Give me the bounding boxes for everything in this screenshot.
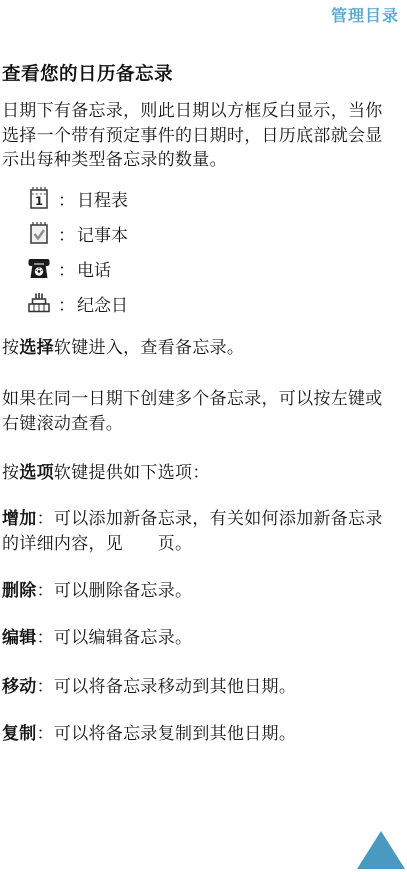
options-softkey-paragraph: 按选项软键提供如下选项： [2, 461, 404, 486]
calendar-icon: 1 [26, 186, 52, 210]
list-item-schedule: 1 ： 日程表 [26, 186, 128, 210]
svg-text:1: 1 [35, 194, 43, 208]
option-desc: 可以编辑备忘录。 [54, 628, 192, 648]
option-edit: 编辑：可以编辑备忘录。 [2, 626, 404, 651]
list-item-anniversary: ： 纪念日 [26, 291, 128, 315]
text-rest: 软键提供如下选项： [54, 463, 210, 483]
option-copy: 复制：可以将备忘录复制到其他日期。 [2, 722, 404, 747]
option-term: 移动 [2, 677, 37, 697]
cake-icon [26, 292, 52, 314]
option-term: 增加 [2, 509, 37, 529]
option-desc: 可以删除备忘录。 [54, 581, 192, 601]
separator: ： [58, 186, 75, 211]
page-title: 查看您的日历备忘录 [2, 60, 173, 86]
separator: ： [58, 291, 75, 316]
icon-label-anniversary: 纪念日 [77, 291, 128, 316]
select-softkey-paragraph: 按选择软键进入，查看备忘录。 [2, 336, 404, 361]
list-item-call: ： 电话 [26, 256, 111, 280]
page-corner-triangle-icon [357, 831, 405, 869]
manual-page: 管理目录 查看您的日历备忘录 日期下有备忘录，则此日期以方框反白显示，当你 选择… [0, 0, 407, 872]
phone-icon [26, 257, 52, 279]
separator: ： [37, 628, 54, 648]
option-desc: 可以将备忘录复制到其他日期。 [54, 724, 296, 744]
text-prefix: 按 [2, 338, 19, 358]
multi-memo-paragraph: 如果在同一日期下创建多个备忘录，可以按左键或 右键滚动查看。 [2, 387, 404, 436]
text-rest: 软键进入，查看备忘录。 [54, 338, 244, 358]
notepad-icon [26, 221, 52, 245]
softkey-name-options: 选项 [19, 463, 54, 483]
softkey-name-select: 选择 [19, 338, 54, 358]
text-prefix: 按 [2, 463, 19, 483]
separator: ： [37, 509, 54, 529]
icon-label-schedule: 日程表 [77, 186, 128, 211]
separator: ： [58, 256, 75, 281]
icon-label-notepad: 记事本 [77, 221, 128, 246]
header-link-manage-catalog[interactable]: 管理目录 [331, 3, 399, 26]
option-desc: 可以将备忘录移动到其他日期。 [54, 677, 296, 697]
list-item-notepad: ： 记事本 [26, 221, 128, 245]
separator: ： [37, 677, 54, 697]
option-move: 移动：可以将备忘录移动到其他日期。 [2, 675, 404, 700]
separator: ： [37, 724, 54, 744]
option-term: 复制 [2, 724, 37, 744]
option-add: 增加：可以添加新备忘录，有关如何添加新备忘录 的详细内容，见 页。 [2, 507, 404, 556]
option-term: 删除 [2, 581, 37, 601]
intro-paragraph: 日期下有备忘录，则此日期以方框反白显示，当你 选择一个带有预定事件的日期时，日历… [2, 99, 404, 173]
icon-label-call: 电话 [77, 256, 111, 281]
option-desc: 可以添加新备忘录，有关如何添加新备忘录 的详细内容，见 页。 [2, 509, 383, 554]
option-delete: 删除：可以删除备忘录。 [2, 579, 404, 604]
separator: ： [58, 221, 75, 246]
option-term: 编辑 [2, 628, 37, 648]
separator: ： [37, 581, 54, 601]
